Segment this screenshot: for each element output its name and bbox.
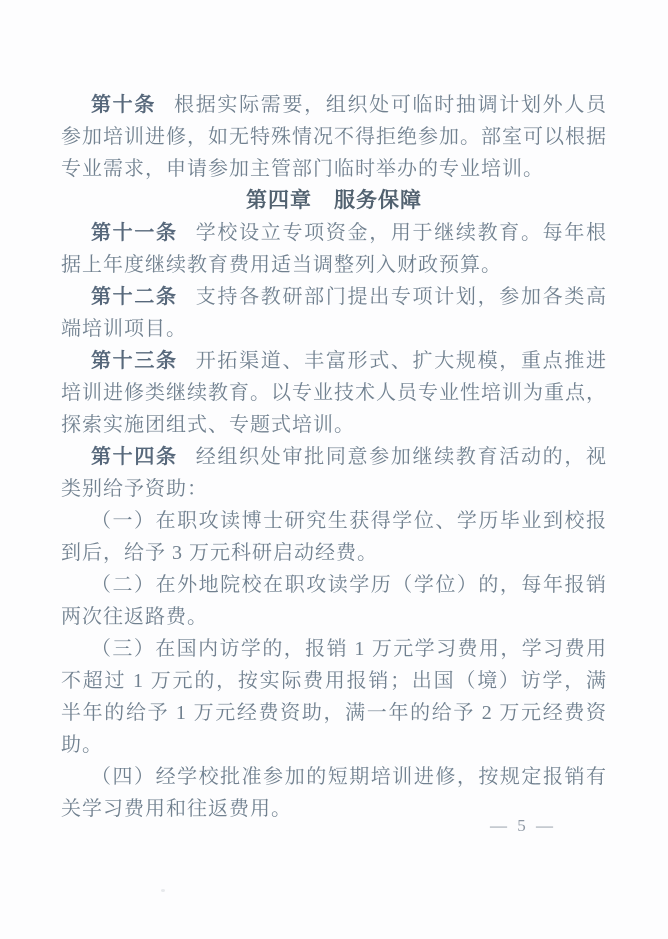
article-number-label: 第十条 xyxy=(91,94,156,116)
document-body: 第十条根据实际需要，组织处可临时抽调计划外人员参加培训进修，如无特殊情况不得拒绝… xyxy=(61,89,607,825)
list-item-paragraph: （二）在外地院校在职攻读学历（学位）的，每年报销两次往返路费。 xyxy=(61,569,607,633)
article-number-label: 第十三条 xyxy=(91,350,178,372)
article-paragraph: 第十一条学校设立专项资金，用于继续教育。每年根据上年度继续教育费用适当调整列入财… xyxy=(61,217,607,281)
article-paragraph: 第十四条经组织处审批同意参加继续教育活动的，视类别给予资助： xyxy=(61,441,607,505)
article-paragraph: 第十条根据实际需要，组织处可临时抽调计划外人员参加培训进修，如无特殊情况不得拒绝… xyxy=(61,89,607,185)
scan-artifact xyxy=(161,889,165,892)
list-item-paragraph: （一）在职攻读博士研究生获得学位、学历毕业到校报到后，给予 3 万元科研启动经费… xyxy=(61,505,607,569)
article-paragraph: 第十三条开拓渠道、丰富形式、扩大规模，重点推进培训进修类继续教育。以专业技术人员… xyxy=(61,345,607,441)
document-page: 第十条根据实际需要，组织处可临时抽调计划外人员参加培训进修，如无特殊情况不得拒绝… xyxy=(0,0,668,939)
article-number-label: 第十四条 xyxy=(91,446,178,468)
list-item-paragraph: （三）在国内访学的，报销 1 万元学习费用，学习费用不超过 1 万元的，按实际费… xyxy=(61,633,607,761)
article-paragraph: 第十二条支持各教研部门提出专项计划，参加各类高端培训项目。 xyxy=(61,281,607,345)
article-number-label: 第十一条 xyxy=(91,222,178,244)
chapter-heading: 第四章 服务保障 xyxy=(61,185,607,217)
page-number: — 5 — xyxy=(490,816,556,836)
article-number-label: 第十二条 xyxy=(91,286,178,308)
